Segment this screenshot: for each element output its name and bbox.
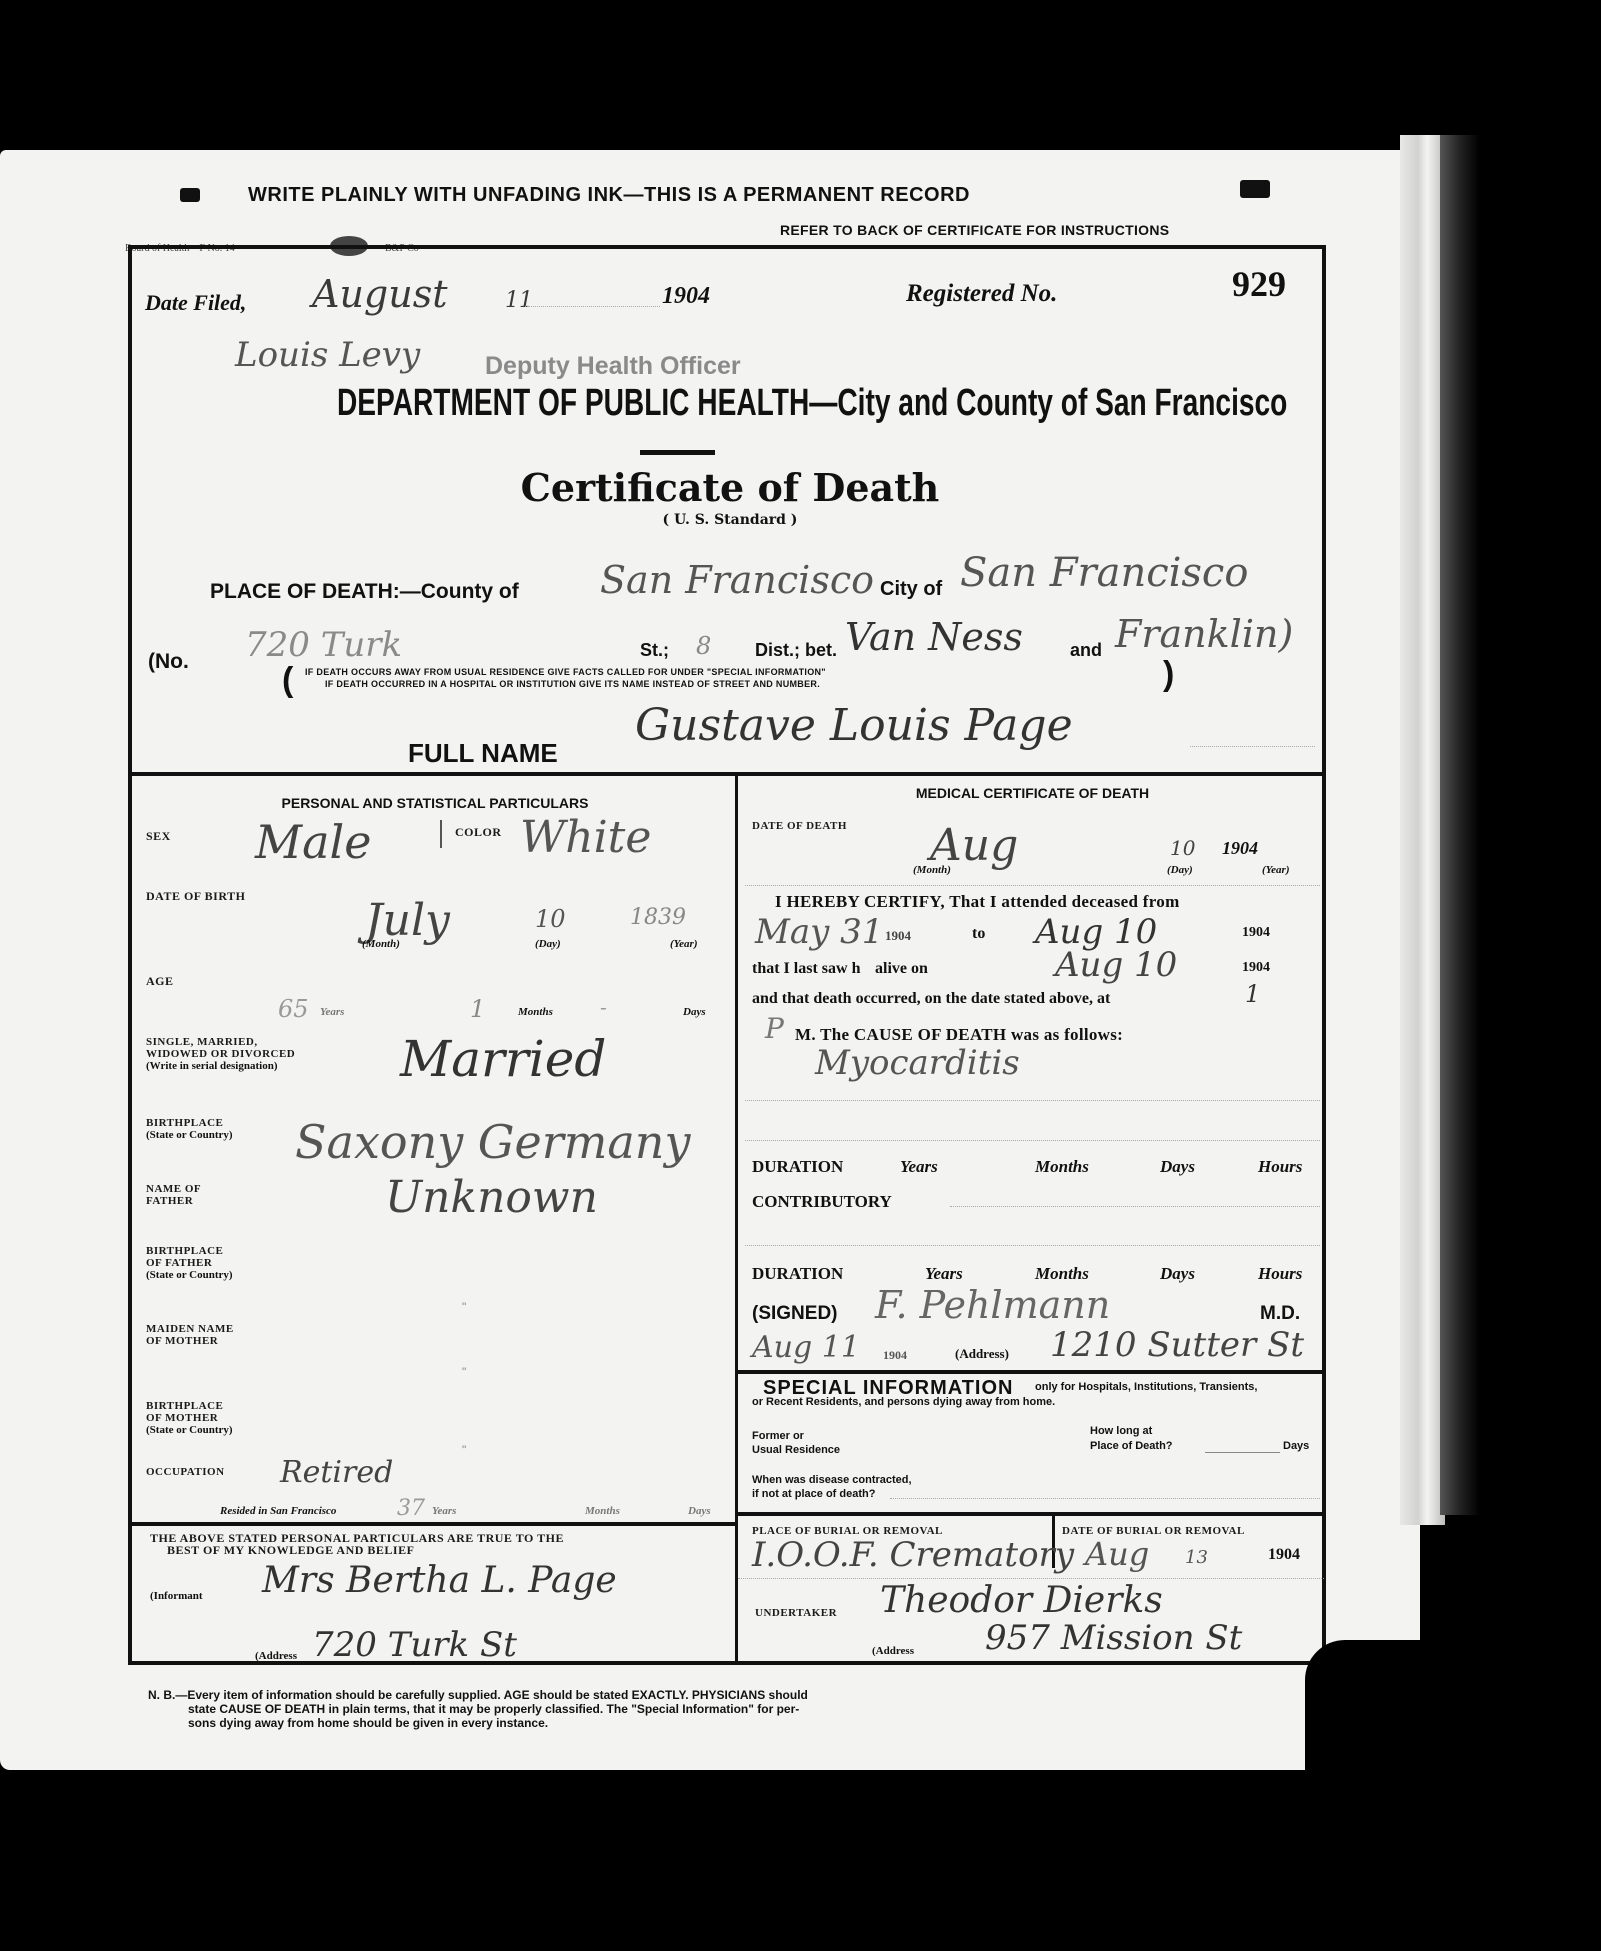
full-name-blank <box>1190 746 1315 747</box>
place-of-death-label: PLACE OF DEATH:—County of <box>210 580 519 604</box>
date-filed-month: August <box>312 272 448 316</box>
duration-years-caption: Years <box>900 1157 938 1177</box>
last-saw-year: 1904 <box>1242 960 1270 976</box>
officer-signature: Louis Levy <box>235 335 420 375</box>
mother-label-2: OF MOTHER <box>146 1335 218 1347</box>
resided-years-caption: Years <box>432 1505 456 1517</box>
signed-year: 1904 <box>883 1348 907 1363</box>
birthplace-value: Saxony Germany <box>295 1115 690 1169</box>
marital-value: Married <box>400 1030 606 1088</box>
full-name-label: FULL NAME <box>408 738 558 769</box>
dod-year: 1904 <box>1222 838 1258 859</box>
last-saw-date: Aug 10 <box>1055 945 1177 985</box>
duration-2-months-caption: Months <box>1035 1264 1089 1284</box>
burial-date-day: 13 <box>1185 1547 1208 1568</box>
how-long-label-1: How long at <box>1090 1425 1152 1437</box>
certify-text: I HEREBY CERTIFY, That I attended deceas… <box>775 892 1180 912</box>
sex-label: SEX <box>146 830 171 842</box>
duration-2-label: DURATION <box>752 1264 843 1284</box>
certificate-title: Certificate of Death <box>300 465 1160 510</box>
burial-place: I.O.O.F. Crematory <box>752 1535 1074 1575</box>
dod-label: DATE OF DEATH <box>752 820 847 832</box>
section-rule <box>132 772 1322 776</box>
dod-year-caption: (Year) <box>1262 864 1290 876</box>
dob-label: DATE OF BIRTH <box>146 890 245 902</box>
undertaker-address-label: (Address <box>872 1645 914 1657</box>
street-no-label: (No. <box>148 650 189 674</box>
department-title: DEPARTMENT OF PUBLIC HEALTH—City and Cou… <box>337 382 1287 425</box>
pointing-hand-left-icon <box>180 188 200 202</box>
department-title-wrap: DEPARTMENT OF PUBLIC HEALTH—City and Cou… <box>170 382 1290 425</box>
occupation-value: Retired <box>280 1455 393 1490</box>
last-saw-label: that I last saw h <box>752 960 860 978</box>
birthplace-label-2: (State or Country) <box>146 1129 233 1141</box>
date-filed-blank <box>525 306 660 307</box>
how-long-label-2: Place of Death? <box>1090 1440 1173 1452</box>
birthplace-label-1: BIRTHPLACE <box>146 1117 223 1129</box>
marital-label-1: SINGLE, MARRIED, <box>146 1036 258 1048</box>
signed-date: Aug 11 <box>752 1330 860 1365</box>
dob-day-caption: (Day) <box>535 938 561 950</box>
cause-value: Myocarditis <box>815 1043 1020 1083</box>
resided-months-caption: Months <box>585 1505 620 1517</box>
signed-label: (SIGNED) <box>752 1303 838 1325</box>
district-value: 8 <box>696 632 711 660</box>
between-street-2: Franklin) <box>1115 612 1293 656</box>
dob-month-caption: (Month) <box>362 938 400 950</box>
sex-value: Male <box>255 815 371 869</box>
dod-month-caption: (Month) <box>913 864 951 876</box>
thumb-shadow <box>1305 1640 1475 1830</box>
full-name-value: Gustave Louis Page <box>635 700 1073 751</box>
duration-days-caption: Days <box>1160 1157 1195 1177</box>
mother-bp-label-1: BIRTHPLACE <box>146 1400 223 1412</box>
date-filed-year: 1904 <box>662 283 710 310</box>
refer-instructions: REFER TO BACK OF CERTIFICATE FOR INSTRUC… <box>780 222 1169 238</box>
age-days-caption: Days <box>683 1006 706 1018</box>
special-heading-note: only for Hospitals, Institutions, Transi… <box>1035 1381 1257 1393</box>
note-bracket-open: ( <box>282 661 293 700</box>
mother-birthplace: " <box>462 1443 466 1457</box>
footer-note-3: sons dying away from home should be give… <box>188 1716 548 1730</box>
undertaker-name: Theodor Dierks <box>880 1580 1163 1621</box>
duration-label: DURATION <box>752 1157 843 1177</box>
color-label: COLOR <box>455 826 502 838</box>
age-months-caption: Months <box>518 1006 553 1018</box>
informant-statement-2: BEST OF MY KNOWLEDGE AND BELIEF <box>167 1544 414 1556</box>
resided-days-caption: Days <box>688 1505 711 1517</box>
attended-from: May 31 <box>755 912 883 952</box>
duration-2-days-caption: Days <box>1160 1264 1195 1284</box>
dob-year: 1839 <box>630 905 686 930</box>
banner-text: WRITE PLAINLY WITH UNFADING INK—THIS IS … <box>248 184 970 207</box>
father-bp-label-1: BIRTHPLACE <box>146 1245 223 1257</box>
age-days: - <box>600 995 607 1019</box>
note-bracket-close: ) <box>1163 655 1174 694</box>
how-long-days-label: Days <box>1283 1440 1309 1452</box>
contributory-blank <box>950 1206 1320 1207</box>
cause-line-2 <box>745 1100 1320 1101</box>
physician-signature: F. Pehlmann <box>875 1283 1110 1327</box>
st-label: St.; <box>640 640 669 661</box>
street-value: 720 Turk <box>245 625 402 665</box>
burial-date-year: 1904 <box>1268 1546 1300 1564</box>
burial-rule <box>738 1512 1324 1516</box>
marital-label-2: WIDOWED OR DIVORCED <box>146 1048 295 1060</box>
father-label-2: FATHER <box>146 1195 193 1207</box>
medical-heading: MEDICAL CERTIFICATE OF DEATH <box>745 785 1320 801</box>
informant-name: Mrs Bertha L. Page <box>262 1560 617 1601</box>
father-bp-label-3: (State or Country) <box>146 1269 233 1281</box>
cause-line-3 <box>745 1140 1320 1141</box>
death-meridiem: P <box>765 1012 784 1045</box>
footer-note-2: state CAUSE OF DEATH in plain terms, tha… <box>188 1702 799 1716</box>
page-edge <box>1400 135 1445 1525</box>
registered-label: Registered No. <box>906 280 1057 308</box>
age-months: 1 <box>470 995 485 1023</box>
informant-address: 720 Turk St <box>312 1625 517 1665</box>
county-value: San Francisco <box>600 558 874 602</box>
occupation-label: OCCUPATION <box>146 1466 225 1478</box>
father-label-1: NAME OF <box>146 1183 201 1195</box>
residence-note-2: IF DEATH OCCURRED IN A HOSPITAL OR INSTI… <box>325 679 820 689</box>
mother-label-1: MAIDEN NAME <box>146 1323 234 1335</box>
contributory-line-2 <box>745 1245 1320 1246</box>
age-years: 65 <box>278 995 309 1023</box>
occurred-text: and that death occurred, on the date sta… <box>752 990 1110 1008</box>
father-birthplace: " <box>462 1300 466 1314</box>
father-bp-label-2: OF FATHER <box>146 1257 212 1269</box>
duration-2-years-caption: Years <box>925 1264 963 1284</box>
cause-label: M. The CAUSE OF DEATH was as follows: <box>795 1025 1123 1045</box>
dist-bet-label: Dist.; bet. <box>755 640 837 661</box>
former-residence-label-1: Former or <box>752 1430 804 1442</box>
standard-subtitle: ( U. S. Standard ) <box>300 512 1160 528</box>
dod-rule <box>745 885 1320 886</box>
mother-bp-label-3: (State or Country) <box>146 1424 233 1436</box>
physician-address: 1210 Sutter St <box>1050 1325 1304 1365</box>
informant-address-label: (Address <box>255 1650 297 1662</box>
resided-years: 37 <box>397 1496 425 1521</box>
duration-2-hours-caption: Hours <box>1258 1264 1302 1284</box>
title-rule <box>640 450 715 455</box>
personal-heading: PERSONAL AND STATISTICAL PARTICULARS <box>140 795 730 811</box>
burial-underline <box>738 1578 1324 1579</box>
contracted-blank <box>890 1498 1320 1499</box>
md-label: M.D. <box>1260 1303 1300 1325</box>
mother-name: " <box>462 1365 466 1379</box>
column-divider <box>735 776 738 1663</box>
color-value: White <box>520 812 651 863</box>
dob-day: 10 <box>535 905 566 933</box>
father-name: Unknown <box>385 1172 598 1223</box>
burial-date-month: Aug <box>1085 1535 1149 1573</box>
undertaker-address: 957 Mission St <box>985 1618 1242 1658</box>
age-years-caption: Years <box>320 1006 344 1018</box>
death-time: 1 <box>1245 980 1260 1008</box>
officer-title: Deputy Health Officer <box>485 352 741 381</box>
date-filed-label: Date Filed, <box>145 290 246 316</box>
city-label: City of <box>880 578 942 601</box>
contracted-label-2: if not at place of death? <box>752 1488 875 1500</box>
dod-day: 10 <box>1170 836 1195 860</box>
registered-number: 929 <box>1232 263 1286 305</box>
informant-rule <box>132 1522 735 1526</box>
how-long-blank <box>1205 1452 1280 1453</box>
duration-hours-caption: Hours <box>1258 1157 1302 1177</box>
mother-bp-label-2: OF MOTHER <box>146 1412 218 1424</box>
former-residence-label-2: Usual Residence <box>752 1444 840 1456</box>
dob-year-caption: (Year) <box>670 938 698 950</box>
page-shadow <box>1440 135 1480 1515</box>
dod-day-caption: (Day) <box>1167 864 1193 876</box>
to-label: to <box>972 925 985 943</box>
resided-label: Resided in San Francisco <box>220 1505 336 1517</box>
city-value: San Francisco <box>960 550 1248 596</box>
contracted-label-1: When was disease contracted, <box>752 1474 912 1486</box>
marital-label-3: (Write in serial designation) <box>146 1060 277 1072</box>
between-street-1: Van Ness <box>845 615 1023 659</box>
informant-label: (Informant <box>150 1590 203 1602</box>
and-label: and <box>1070 640 1102 661</box>
special-rule <box>738 1370 1324 1374</box>
pointing-hand-right-icon <box>1240 180 1270 198</box>
date-filed-day: 11 <box>505 288 533 313</box>
footer-note-1: N. B.—Every item of information should b… <box>148 1688 808 1702</box>
duration-months-caption: Months <box>1035 1157 1089 1177</box>
attended-from-year: 1904 <box>885 928 911 944</box>
age-label: AGE <box>146 975 174 987</box>
residence-note-1: IF DEATH OCCURS AWAY FROM USUAL RESIDENC… <box>305 667 826 677</box>
physician-address-label: (Address) <box>955 1346 1009 1362</box>
undertaker-label: UNDERTAKER <box>755 1607 837 1619</box>
sex-color-divider <box>440 820 442 848</box>
contributory-label: CONTRIBUTORY <box>752 1192 892 1212</box>
special-heading-note-2: or Recent Residents, and persons dying a… <box>752 1396 1055 1408</box>
last-saw-suffix: alive on <box>875 960 928 978</box>
attended-to-year: 1904 <box>1242 925 1270 941</box>
